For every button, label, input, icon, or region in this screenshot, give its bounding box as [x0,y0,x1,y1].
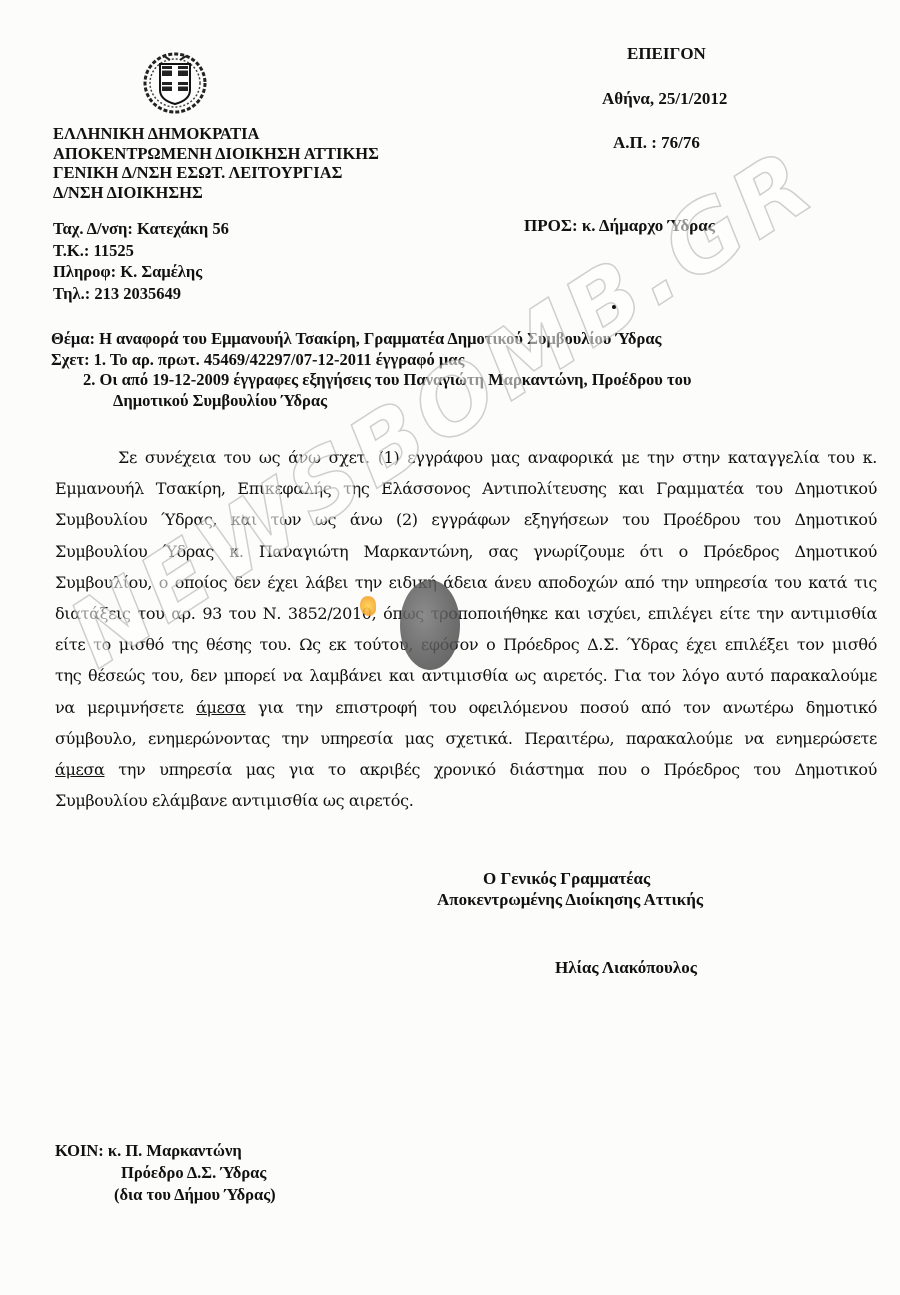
body-text-fragment: την υπηρεσία μας για το ακριβές χρονικό … [104,760,877,779]
body-line: να μεριμνήσετε άμεσα για την επιστροφή τ… [55,692,877,723]
address-line: Πληροφ: Κ. Σαμέλης [53,261,229,283]
body-line: Συμβουλίου ελάμβανε αντιμισθία ως αιρετό… [55,785,877,816]
body-line: Εμμανουήλ Τσακίρη, Επικεφαλής της Ελάσσο… [55,473,877,504]
document-date: Αθήνα, 25/1/2012 [602,89,727,109]
body-line: άμεσα την υπηρεσία μας για το ακριβές χρ… [55,754,877,785]
body-line: Συμβουλίου Ύδρας κ. Παναγιώτη Μαρκαντώνη… [55,536,877,567]
recipient: ΠΡΟΣ: κ. Δήμαρχο Ύδρας [524,216,715,236]
address-line: Ταχ. Δ/νση: Κατεχάκη 56 [53,218,229,240]
protocol-number: Α.Π. : 76/76 [613,133,700,153]
body-text-fragment: για την επιστροφή του οφειλόμενου ποσού … [246,698,877,717]
address-line: Τηλ.: 213 2035649 [53,283,229,305]
sender-address: Ταχ. Δ/νση: Κατεχάκη 56 Τ.Κ.: 11525 Πληρ… [53,218,229,304]
references-line-2: 2. Οι από 19-12-2009 έγγραφες εξηγήσεις … [51,370,691,391]
cc-line: Πρόεδρο Δ.Σ. Ύδρας [55,1162,276,1184]
body-line: είτε το μισθό της θέσης του. Ως εκ τούτο… [55,629,877,660]
watermark-bomb-icon [400,580,460,670]
greek-coat-of-arms-icon [140,48,210,116]
org-line: ΕΛΛΗΝΙΚΗ ΔΗΜΟΚΡΑΤΙΑ [53,124,379,144]
signatory-authority: Αποκεντρωμένης Διοίκησης Αττικής [437,890,703,910]
stray-dot [612,305,616,309]
emphasis-underlined: άμεσα [196,698,245,717]
subject-block: Θέμα: Η αναφορά του Εμμανουήλ Τσακίρη, Γ… [51,329,691,411]
subject-line: Θέμα: Η αναφορά του Εμμανουήλ Τσακίρη, Γ… [51,329,691,350]
body-line: Συμβουλίου Ύδρας, και των ως άνω (2) εγγ… [55,504,877,535]
body-line: Συμβουλίου, ο οποίος δεν έχει λάβει την … [55,567,877,598]
signatory-title: Ο Γενικός Γραμματέας [483,869,650,889]
signatory-name: Ηλίας Λιακόπουλος [555,958,697,978]
letter-body: Σε συνέχεια του ως άνω σχετ. (1) εγγράφο… [55,442,877,816]
references-line-1: Σχετ: 1. Το αρ. πρωτ. 45469/42297/07-12-… [51,350,691,371]
watermark-flame-icon [360,596,376,616]
urgency-label: ΕΠΕΙΓΟΝ [627,44,706,64]
org-line: Δ/ΝΣΗ ΔΙΟΙΚΗΣΗΣ [53,183,379,203]
body-line: της θέσεώς του, δεν μπορεί να λαμβάνει κ… [55,660,877,691]
body-line: σύμβουλο, ενημερώνοντας την υπηρεσία μας… [55,723,877,754]
body-line: Σε συνέχεια του ως άνω σχετ. (1) εγγράφο… [55,442,877,473]
cc-line: (δια του Δήμου Ύδρας) [55,1184,276,1206]
address-line: Τ.Κ.: 11525 [53,240,229,262]
body-line: διατάξεις του αρ. 93 του Ν. 3852/2010, ό… [55,598,877,629]
body-text-fragment: να μεριμνήσετε [55,698,196,717]
cc-line: ΚΟΙΝ: κ. Π. Μαρκαντώνη [55,1140,276,1162]
org-line: ΑΠΟΚΕΝΤΡΩΜΕΝΗ ΔΙΟΙΚΗΣΗ ΑΤΤΙΚΗΣ [53,144,379,164]
references-line-2-cont: Δημοτικού Συμβουλίου Ύδρας [51,391,691,412]
emphasis-underlined: άμεσα [55,760,104,779]
org-line: ΓΕΝΙΚΗ Δ/ΝΣΗ ΕΣΩΤ. ΛΕΙΤΟΥΡΓΙΑΣ [53,163,379,183]
issuing-authority: ΕΛΛΗΝΙΚΗ ΔΗΜΟΚΡΑΤΙΑ ΑΠΟΚΕΝΤΡΩΜΕΝΗ ΔΙΟΙΚΗ… [53,124,379,202]
cc-block: ΚΟΙΝ: κ. Π. Μαρκαντώνη Πρόεδρο Δ.Σ. Ύδρα… [55,1140,276,1206]
